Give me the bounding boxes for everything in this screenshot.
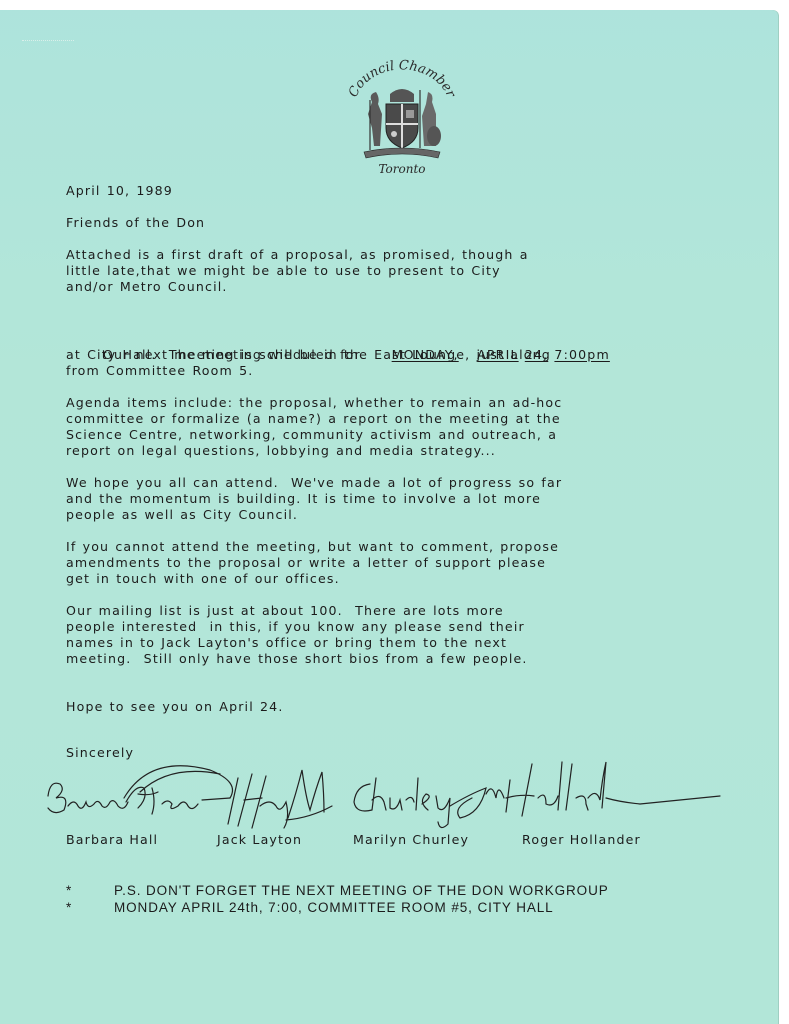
signatory-name: Roger Hollander	[522, 832, 641, 847]
letter-page: Council Chamber Toronto April 10, 1989 F…	[0, 10, 778, 1024]
asterisk-bullet: *	[66, 883, 114, 898]
signatory-name: Marilyn Churley	[353, 832, 469, 847]
asterisk-bullet: *	[66, 900, 114, 915]
council-chamber-crest: Council Chamber Toronto	[342, 54, 462, 184]
meeting-time: 7:00pm	[554, 347, 609, 362]
crest-city-text: Toronto	[342, 162, 462, 176]
letter-date: April 10, 1989	[66, 183, 173, 199]
signatures	[40, 758, 760, 836]
handwritten-signatures-icon	[40, 758, 760, 836]
letter-salutation: Friends of the Don	[66, 215, 205, 231]
paper-smudge	[22, 40, 74, 43]
closing-line: Hope to see you on April 24.	[66, 699, 283, 715]
signatory-name: Jack Layton	[217, 832, 302, 847]
signatory-name: Barbara Hall	[66, 832, 158, 847]
